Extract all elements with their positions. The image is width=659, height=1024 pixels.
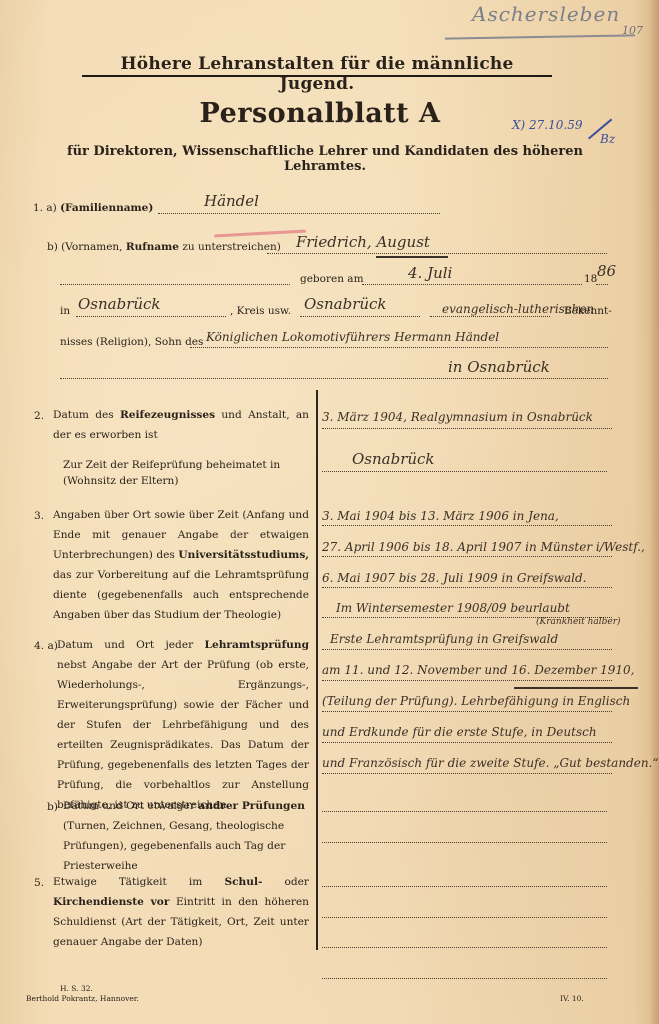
section-4b-line-1: [322, 811, 607, 812]
kreis-line: [300, 316, 420, 317]
field-label-kreis: , Kreis usw.: [230, 305, 291, 317]
archive-note: Aschersleben: [472, 2, 620, 26]
familienname-value[interactable]: Händel: [204, 192, 259, 210]
born-year-value[interactable]: 86: [597, 262, 616, 280]
column-divider: [316, 390, 318, 950]
vornamen-value[interactable]: Friedrich, August: [296, 233, 430, 251]
section-3-number: 3.: [34, 510, 44, 522]
blank-line-before-born: [60, 284, 290, 285]
page-edge-shadow: [649, 0, 659, 1024]
form-edition: IV. 10.: [560, 994, 584, 1003]
year-line: [596, 284, 608, 285]
section-5-line-4: [322, 978, 607, 979]
section-4a-value-5[interactable]: und Französisch für die zweite Stufe. „G…: [322, 756, 659, 770]
section-3-line-3: [322, 587, 612, 588]
page-title: Personalblatt A: [170, 98, 470, 129]
field-label-familienname: 1. a) (Familienname): [33, 202, 153, 214]
field-label-in: in: [60, 305, 70, 317]
section-4a-value-4[interactable]: und Erdkunde für die erste Stufe, in Deu…: [322, 725, 597, 739]
father-place-value[interactable]: in Osnabrück: [448, 358, 550, 376]
section-3-value-1[interactable]: 3. Mai 1904 bis 13. März 1906 in Jena,: [322, 509, 559, 523]
section-2-text: Datum des Reifezeugnisses und Anstalt, a…: [53, 405, 309, 445]
section-3-line-2: [322, 556, 612, 557]
section-4a-line-4: [322, 742, 612, 743]
section-5-line-2: [322, 917, 607, 918]
section-3-value-3[interactable]: 6. Mai 1907 bis 28. Juli 1909 in Greifsw…: [322, 571, 587, 585]
section-4a-line-5: [322, 773, 612, 774]
section-4b-line-2: [322, 842, 607, 843]
stamp-date: X) 27.10.59: [512, 118, 582, 132]
section-3-text: Angaben über Ort sowie über Zeit (Anfang…: [53, 505, 309, 625]
section-2-value-2[interactable]: Osnabrück: [352, 450, 435, 468]
born-date-value[interactable]: 4. Juli: [408, 264, 452, 282]
section-4a-line-3: [322, 711, 612, 712]
section-2-subtext: Zur Zeit der Reifeprüfung beheimatet in …: [63, 457, 283, 489]
section-4a-line-2: [322, 680, 612, 681]
section-2-line-1: [322, 428, 612, 429]
section-5-line-1: [322, 886, 607, 887]
field-label-religion-sohn: nisses (Religion), Sohn des: [60, 336, 203, 348]
born-date-line: [362, 284, 582, 285]
section-4a-value-2[interactable]: am 11. und 12. November und 16. Dezember…: [322, 663, 634, 677]
vornamen-line: [267, 253, 607, 254]
section-5-line-3: [322, 947, 607, 948]
section-4a-value-1[interactable]: Erste Lehramtsprüfung in Greifswald: [330, 632, 558, 646]
section-4b-text: Datum und Ort etwaiger andrer Prüfungen …: [63, 796, 309, 876]
field-label-vornamen: b) (Vornamen, Rufname zu unterstreichen): [47, 241, 281, 253]
section-3-note: (Krankheit halber): [536, 617, 621, 627]
father-line: [190, 347, 608, 348]
section-4a-value-3[interactable]: (Teilung der Prüfung). Lehrbefähigung in…: [322, 694, 630, 708]
section-5-text: Etwaige Tätigkeit im Schul- oder Kirchen…: [53, 872, 309, 952]
form-code: H. S. 32.: [60, 984, 93, 993]
section-4b-number: b): [47, 801, 58, 813]
section-3-line-1: [322, 525, 612, 526]
section-2-number: 2.: [34, 410, 44, 422]
kreis-value[interactable]: Osnabrück: [304, 295, 387, 313]
section-2-value-1[interactable]: 3. März 1904, Realgymnasium in Osnabrück: [322, 410, 593, 424]
page-subtitle: für Direktoren, Wissenschaftliche Lehrer…: [30, 144, 620, 174]
father-value[interactable]: Königlichen Lokomotivführers Hermann Hän…: [206, 330, 499, 344]
header-rule: [82, 75, 552, 77]
printer-imprint: Berthold Pokrantz, Hannover.: [26, 994, 139, 1003]
exam-date-underline: [514, 687, 638, 689]
section-3-value-2[interactable]: 27. April 1906 bis 18. April 1907 in Mün…: [322, 540, 645, 554]
section-4a-text: Datum und Ort jeder Lehramtsprüfung nebs…: [57, 635, 309, 815]
birthplace-value[interactable]: Osnabrück: [78, 295, 161, 313]
father-place-line: [60, 378, 608, 379]
field-label-bekennt: Bekennt-: [564, 305, 612, 317]
field-label-geboren: geboren am: [300, 273, 364, 285]
section-3-value-4[interactable]: Im Wintersemester 1908/09 beurlaubt: [336, 601, 570, 615]
section-4a-line-1: [322, 649, 612, 650]
section-5-number: 5.: [34, 877, 44, 889]
form-category: Höhere Lehranstalten für die männliche J…: [82, 54, 552, 94]
birthplace-line: [76, 316, 226, 317]
section-2-line-2: [322, 471, 607, 472]
familienname-line: [158, 213, 440, 214]
rufname-underline: [376, 256, 448, 258]
archive-number: 107: [622, 24, 643, 37]
confession-line: [430, 316, 550, 317]
section-4a-number: 4. a): [34, 640, 58, 652]
